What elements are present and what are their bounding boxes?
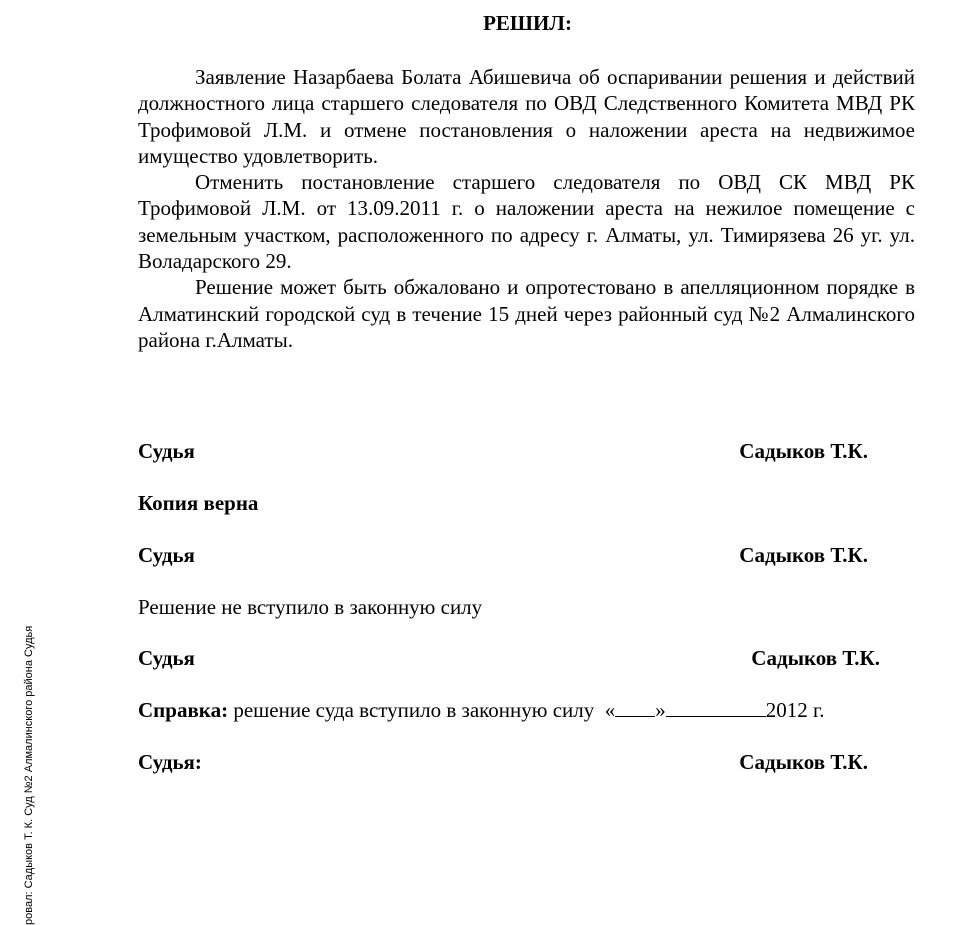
reference-line: Справка: решение суда вступило в законну… xyxy=(138,697,825,723)
month-blank-field xyxy=(666,698,766,717)
reference-text: решение суда вступило в законную силу xyxy=(233,698,594,722)
signature-role: Судья: xyxy=(138,749,202,775)
signature-name: Садыков Т.К. xyxy=(739,542,868,568)
open-quote: « xyxy=(605,698,616,722)
signature-judge-3: Судья Садыков Т.К. xyxy=(138,645,880,671)
signature-name: Садыков Т.К. xyxy=(739,438,868,464)
signature-role: Судья xyxy=(138,438,195,464)
day-blank-field xyxy=(615,698,655,717)
decision-body: Заявление Назарбаева Болата Абишевича об… xyxy=(138,64,915,353)
signature-judge-1: Судья Садыков Т.К. xyxy=(138,438,868,464)
decision-heading: РЕШИЛ: xyxy=(0,10,979,36)
document-page: РЕШИЛ: Заявление Назарбаева Болата Абише… xyxy=(0,0,979,925)
signature-role: Судья xyxy=(138,645,195,671)
paragraph-application: Заявление Назарбаева Болата Абишевича об… xyxy=(138,64,915,169)
reference-label: Справка: xyxy=(138,698,228,722)
paragraph-appeal: Решение может быть обжаловано и опротест… xyxy=(138,274,915,353)
signature-judge-4: Судья: Садыков Т.К. xyxy=(138,749,868,775)
signature-role: Судья xyxy=(138,542,195,568)
signature-name: Садыков Т.К. xyxy=(739,749,868,775)
copy-certified-label: Копия верна xyxy=(138,490,258,516)
signature-judge-2: Судья Садыков Т.К. xyxy=(138,542,868,568)
paragraph-cancel: Отменить постановление старшего следоват… xyxy=(138,169,915,274)
electronic-signature-stamp: ровал: Садыков Т. К. Суд №2 Алмалинского… xyxy=(22,626,36,925)
signature-name: Садыков Т.К. xyxy=(751,645,880,671)
year-text: 2012 г. xyxy=(766,698,825,722)
not-in-force-note: Решение не вступило в законную силу xyxy=(138,594,482,620)
close-quote: » xyxy=(655,698,666,722)
